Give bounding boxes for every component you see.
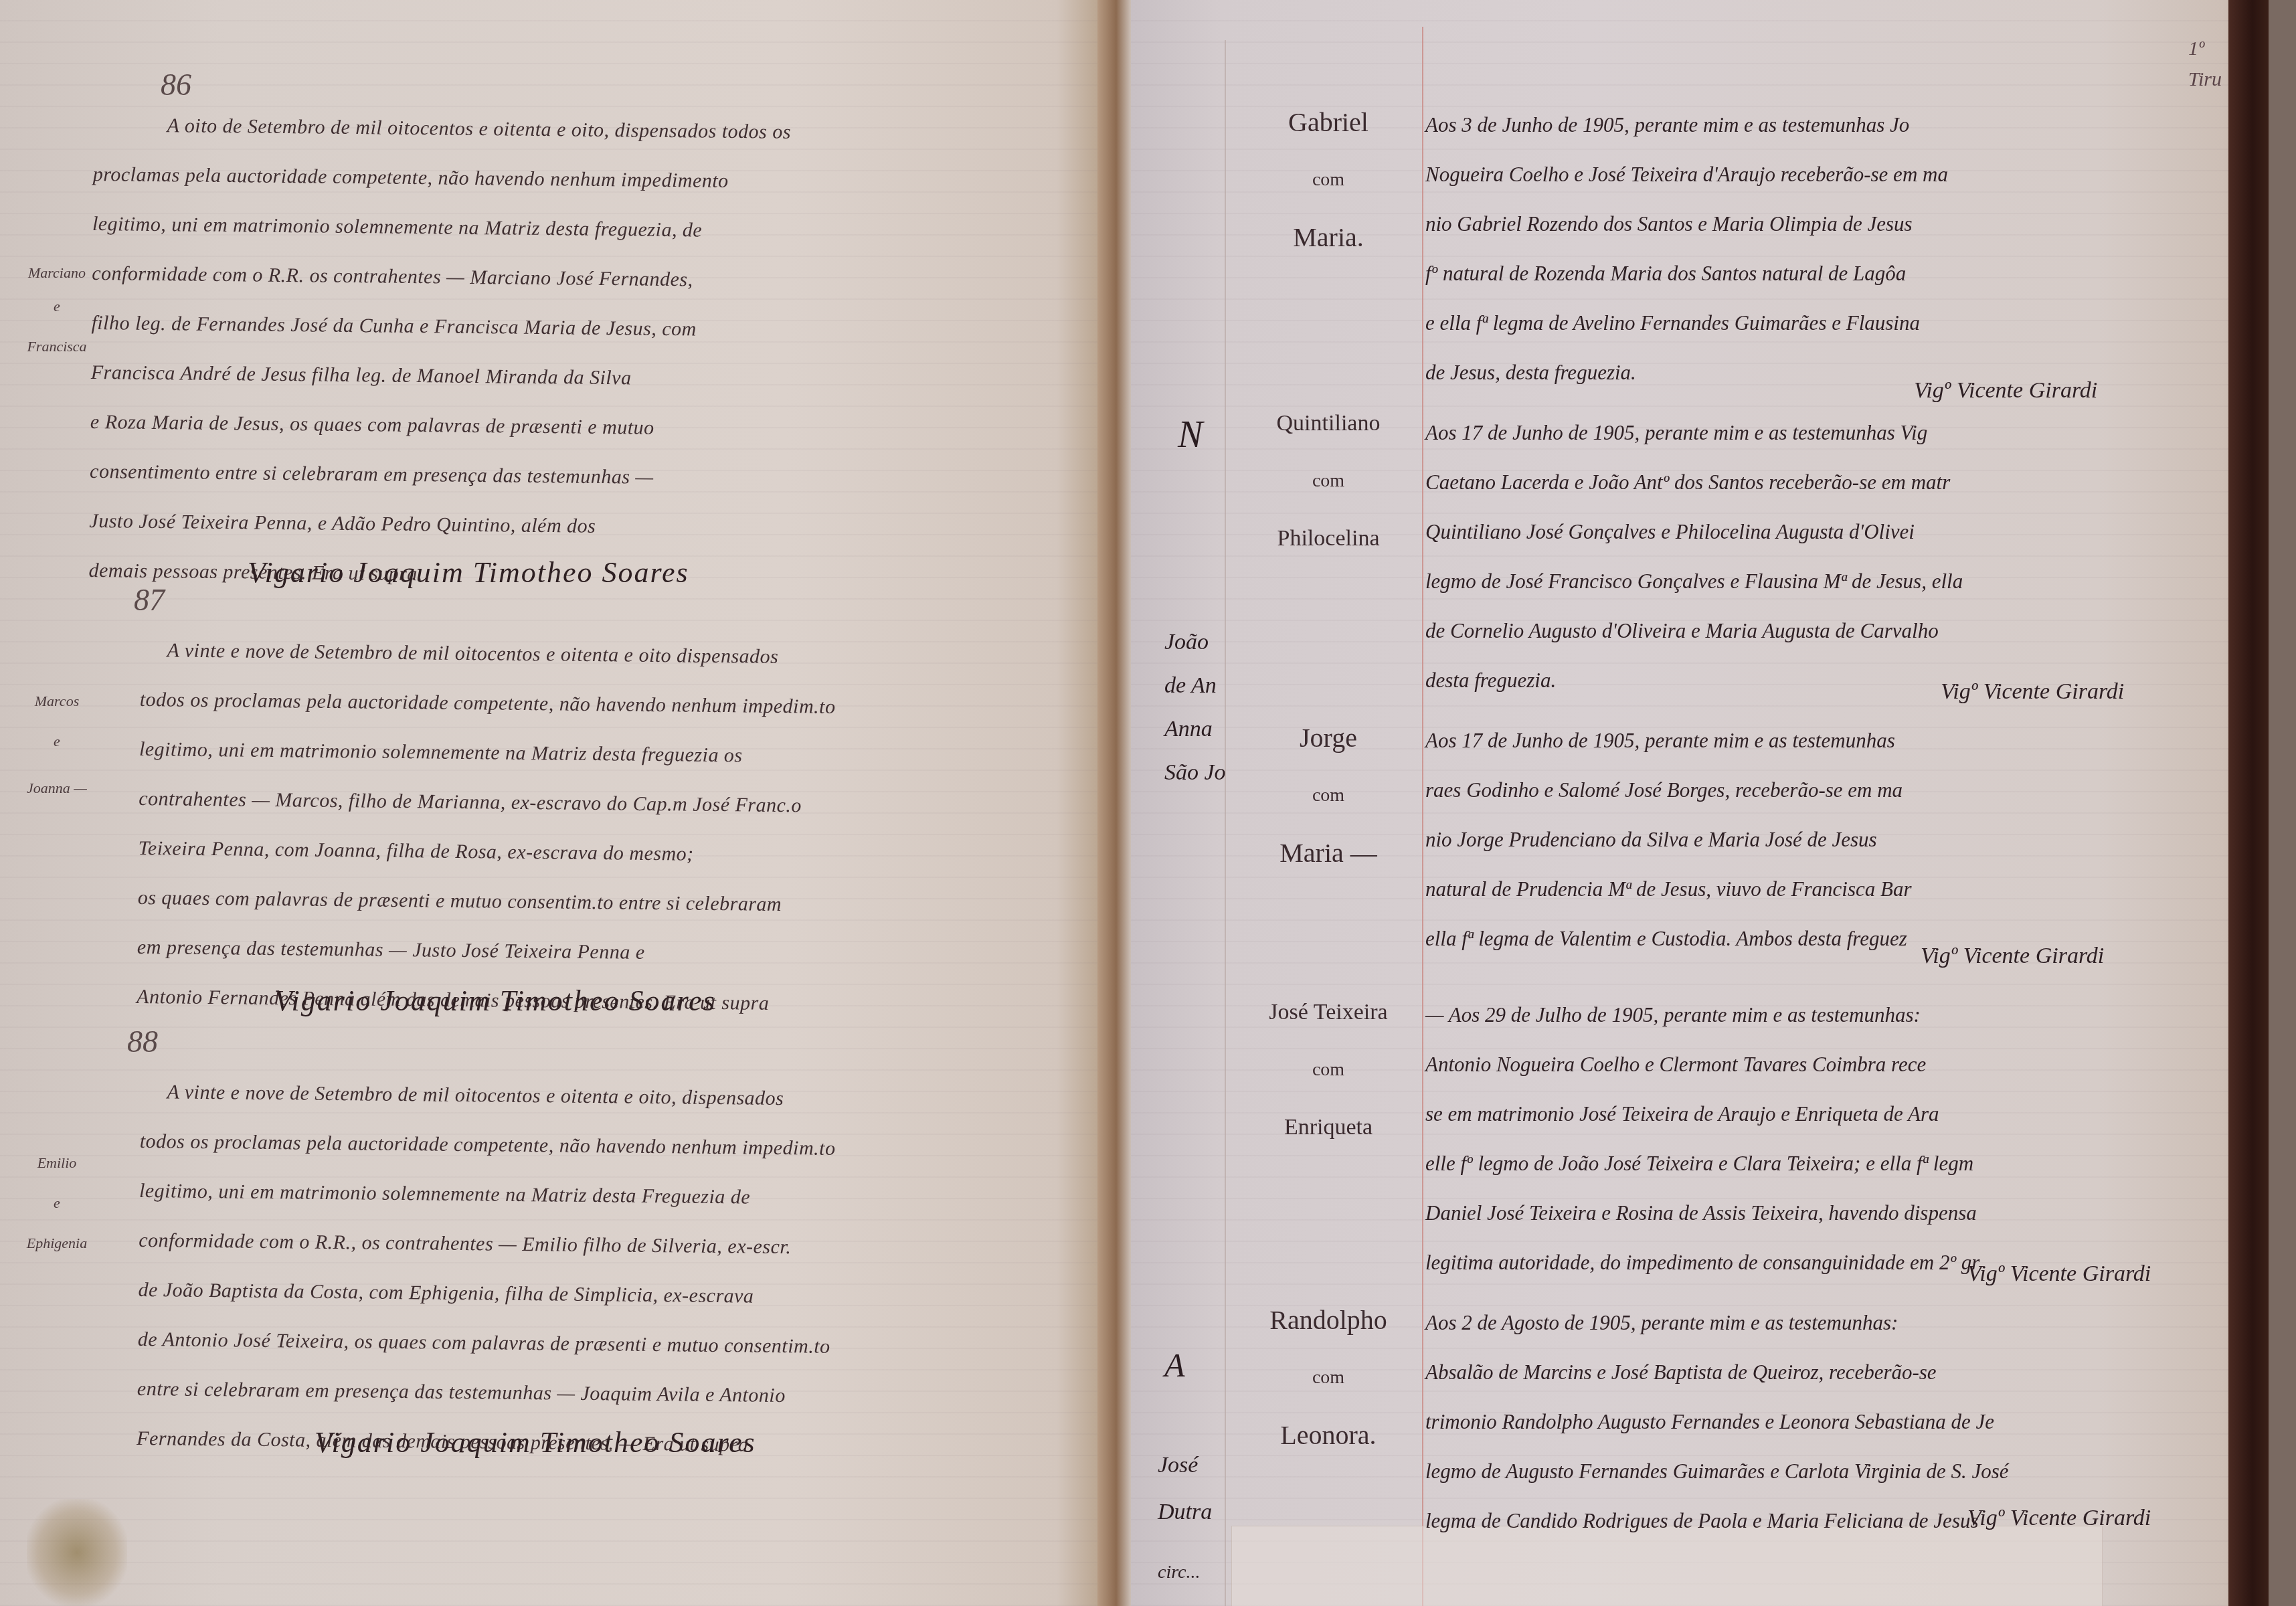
entry-text: Aos 3 de Junho de 1905, perante mim e as…	[1425, 100, 2235, 397]
margin-note: A	[1164, 1345, 1185, 1385]
margin-name-groom: Marcos	[13, 683, 100, 720]
signature: Vigario Joaquim Timotheo Soares	[315, 1425, 756, 1459]
water-stain	[27, 1499, 127, 1606]
margin-note: de An	[1164, 666, 1217, 706]
entry-text: Aos 17 de Junho de 1905, perante mim e a…	[1425, 716, 2235, 964]
margin-note: circ...	[1158, 1552, 1201, 1593]
entry-text: Aos 17 de Junho de 1905, perante mim e a…	[1425, 408, 2235, 705]
signature: Vigº Vicente Girardi	[1941, 679, 2124, 705]
margin-name-groom: Marciano	[13, 254, 100, 292]
entry-number: 88	[127, 1024, 158, 1059]
margin-note: João	[1164, 622, 1209, 662]
signature: Vigº Vicente Girardi	[1967, 1261, 2151, 1287]
couple-names: Quintiliano com Philocelina	[1245, 395, 1412, 567]
couple-names: Jorge com Maria —	[1245, 709, 1412, 882]
couple-names: Gabriel com Maria.	[1245, 94, 1412, 266]
signature: Vigº Vicente Girardi	[1914, 378, 2097, 404]
signature: Vigº Vicente Girardi	[1967, 1506, 2151, 1531]
margin-note: Anna	[1164, 709, 1213, 749]
margin-name-bride: Joanna —	[13, 770, 100, 807]
left-page: 86 Marciano e Francisca A oito de Setemb…	[0, 0, 1124, 1606]
margin-note: N	[1178, 415, 1203, 455]
red-margin-rule	[1422, 27, 1423, 1606]
signature: Vigario Joaquim Timotheo Soares	[248, 555, 689, 590]
margin-note: São Jo	[1164, 753, 1226, 793]
signature: Vigario Joaquim Timotheo Soares	[274, 984, 716, 1018]
entry-text: — Aos 29 de Julho de 1905, perante mim e…	[1425, 990, 2235, 1287]
entry-text: A oito de Setembro de mil oitocentos e o…	[88, 100, 1097, 606]
entry-text: A vinte e nove de Setembro de mil oitoce…	[137, 1067, 1104, 1474]
margin-name-bride: Francisca	[13, 328, 100, 365]
folio-mark: 1º Tiru	[2188, 33, 2222, 95]
margin-note: Dutra	[1158, 1492, 1212, 1532]
entry-text: A vinte e nove de Setembro de mil oitoce…	[137, 626, 1104, 1032]
name-column-rule	[1225, 40, 1226, 1606]
entry-number: 86	[161, 67, 191, 102]
entry-number: 87	[134, 582, 165, 618]
couple-names: Randolpho com Leonora.	[1245, 1291, 1412, 1464]
margin-name-and: e	[13, 1184, 100, 1222]
margin-name-and: e	[13, 288, 100, 325]
margin-name-bride: Ephigenia	[13, 1225, 100, 1262]
margin-name-groom: Emilio	[13, 1144, 100, 1182]
margin-name-and: e	[13, 723, 100, 760]
couple-names: José Teixeira com Enriqueta	[1245, 984, 1412, 1156]
signature: Vigº Vicente Girardi	[1921, 944, 2104, 969]
margin-note: José	[1158, 1445, 1198, 1486]
